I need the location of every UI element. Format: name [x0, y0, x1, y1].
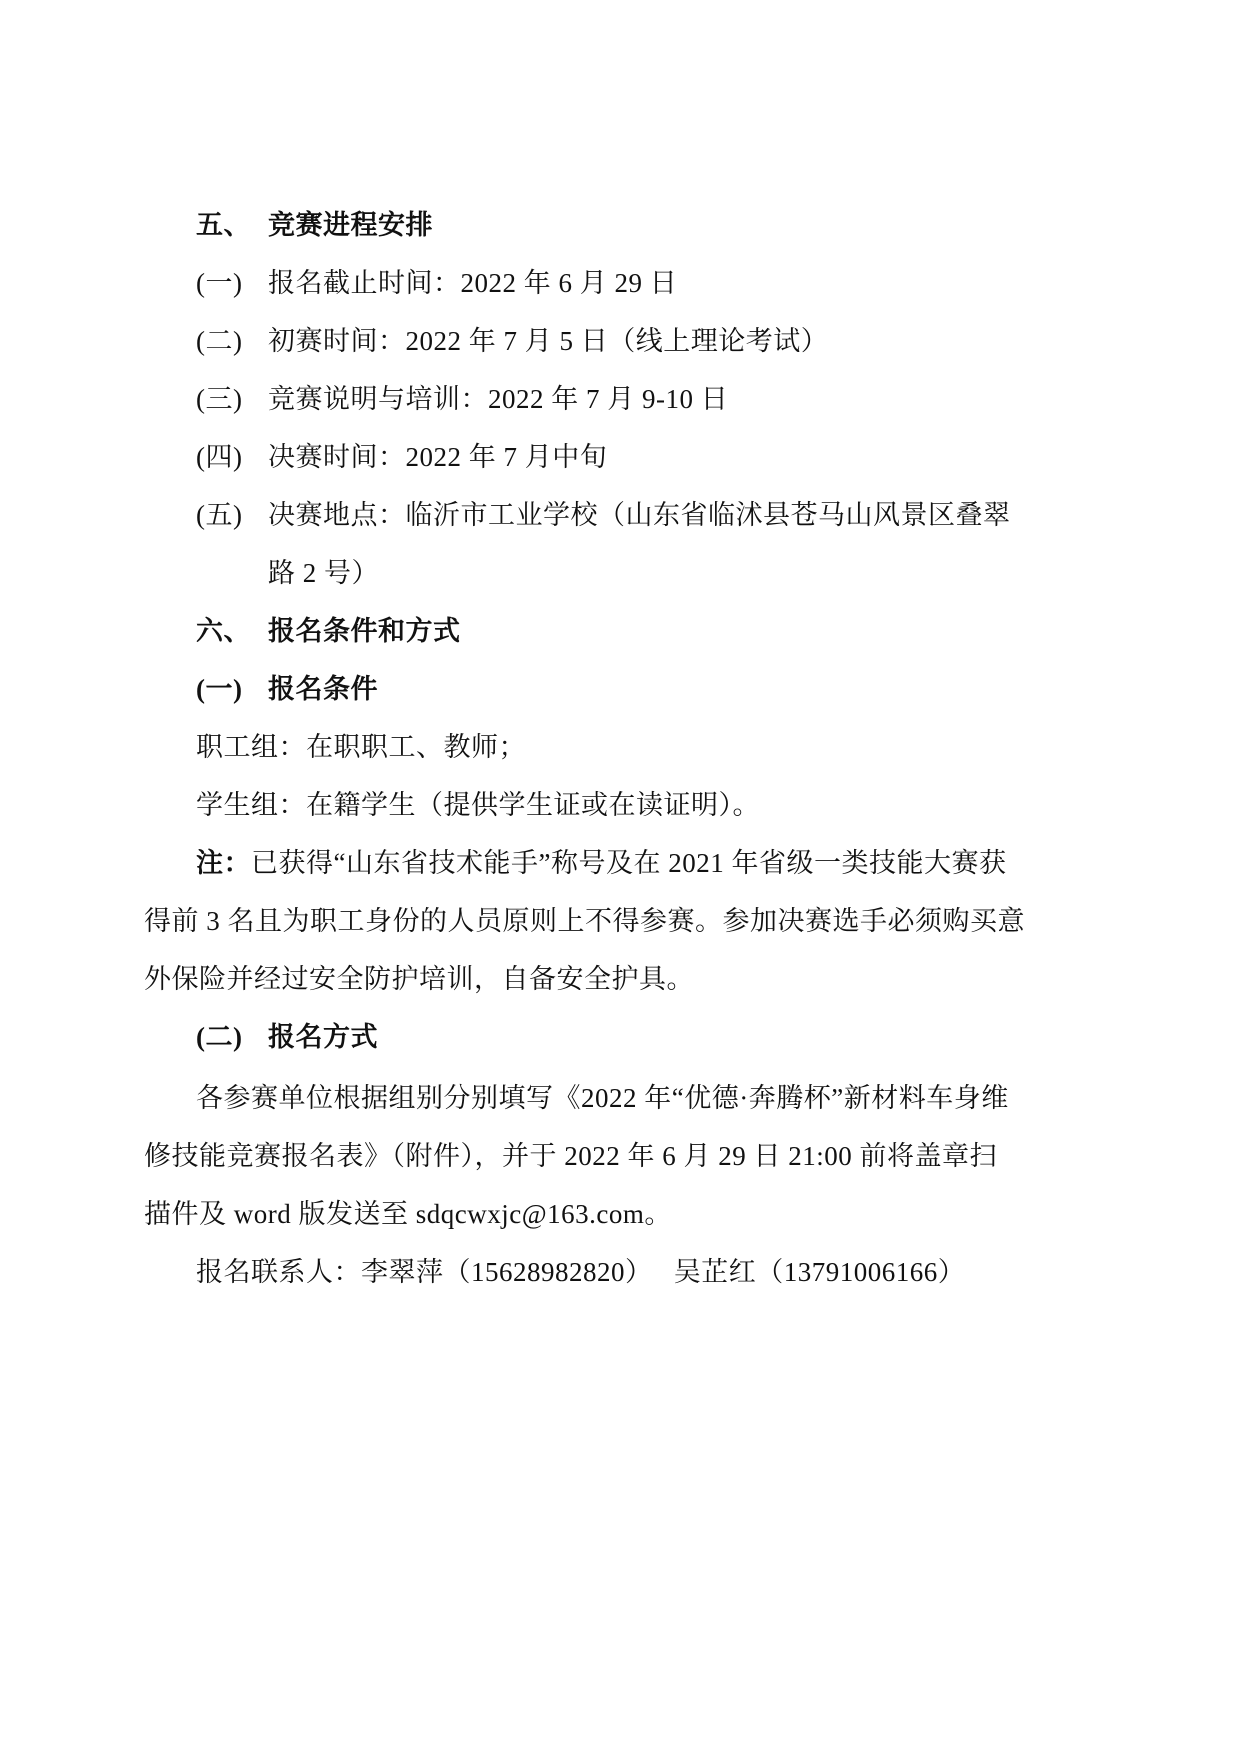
section-title: 报名条件和方式 [268, 616, 461, 646]
item-text: 决赛时间：2022 年 7 月中旬 [268, 442, 607, 472]
section-number: 五、 [196, 207, 268, 243]
subsection-number: (一) [196, 671, 268, 707]
subsection-title: 报名条件 [268, 674, 378, 704]
item-text: 报名截止时间：2022 年 6 月 29 日 [268, 268, 677, 298]
section-title: 竞赛进程安排 [268, 210, 433, 240]
note-label: 注： [196, 848, 251, 878]
subsection-heading-conditions: (一)报名条件 [196, 671, 378, 707]
schedule-item: (五)决赛地点：临沂市工业学校（山东省临沭县苍马山风景区叠翠 [196, 497, 1011, 533]
schedule-item: (四)决赛时间：2022 年 7 月中旬 [196, 439, 607, 475]
schedule-item-continuation: 路 2 号） [268, 555, 379, 591]
item-number: (三) [196, 381, 268, 417]
item-number: (五) [196, 497, 268, 533]
condition-line: 学生组：在籍学生（提供学生证或在读证明）。 [196, 787, 760, 823]
item-text: 竞赛说明与培训：2022 年 7 月 9-10 日 [268, 384, 728, 414]
item-text: 初赛时间：2022 年 7 月 5 日（线上理论考试） [268, 326, 828, 356]
note-text: 已获得“山东省技术能手”称号及在 2021 年省级一类技能大赛获 [251, 848, 1006, 878]
item-number: (一) [196, 265, 268, 301]
section-5-heading: 五、竞赛进程安排 [196, 207, 433, 243]
method-line: 修技能竞赛报名表》（附件），并于 2022 年 6 月 29 日 21:00 前… [144, 1138, 997, 1174]
subsection-title: 报名方式 [268, 1022, 378, 1052]
section-6-heading: 六、报名条件和方式 [196, 613, 461, 649]
subsection-heading-method: (二)报名方式 [196, 1019, 378, 1055]
schedule-item: (三)竞赛说明与培训：2022 年 7 月 9-10 日 [196, 381, 728, 417]
note-line: 得前 3 名且为职工身份的人员原则上不得参赛。参加决赛选手必须购买意 [144, 903, 1025, 939]
schedule-item: (二)初赛时间：2022 年 7 月 5 日（线上理论考试） [196, 323, 828, 359]
section-number: 六、 [196, 613, 268, 649]
item-number: (二) [196, 323, 268, 359]
method-line: 各参赛单位根据组别分别填写《2022 年“优德·奔腾杯”新材料车身维 [196, 1080, 1009, 1116]
note-line: 注：已获得“山东省技术能手”称号及在 2021 年省级一类技能大赛获 [196, 845, 1006, 881]
condition-line: 职工组：在职职工、教师； [196, 729, 526, 765]
item-number: (四) [196, 439, 268, 475]
schedule-item: (一)报名截止时间：2022 年 6 月 29 日 [196, 265, 677, 301]
item-text: 决赛地点：临沂市工业学校（山东省临沭县苍马山风景区叠翠 [268, 500, 1011, 530]
method-line: 描件及 word 版发送至 sdqcwxjc@163.com。 [144, 1196, 672, 1232]
subsection-number: (二) [196, 1019, 268, 1055]
note-line: 外保险并经过安全防护培训，自备安全护具。 [144, 961, 694, 997]
contact-line: 报名联系人：李翠萍（15628982820） 吴芷红（13791006166） [196, 1254, 965, 1290]
